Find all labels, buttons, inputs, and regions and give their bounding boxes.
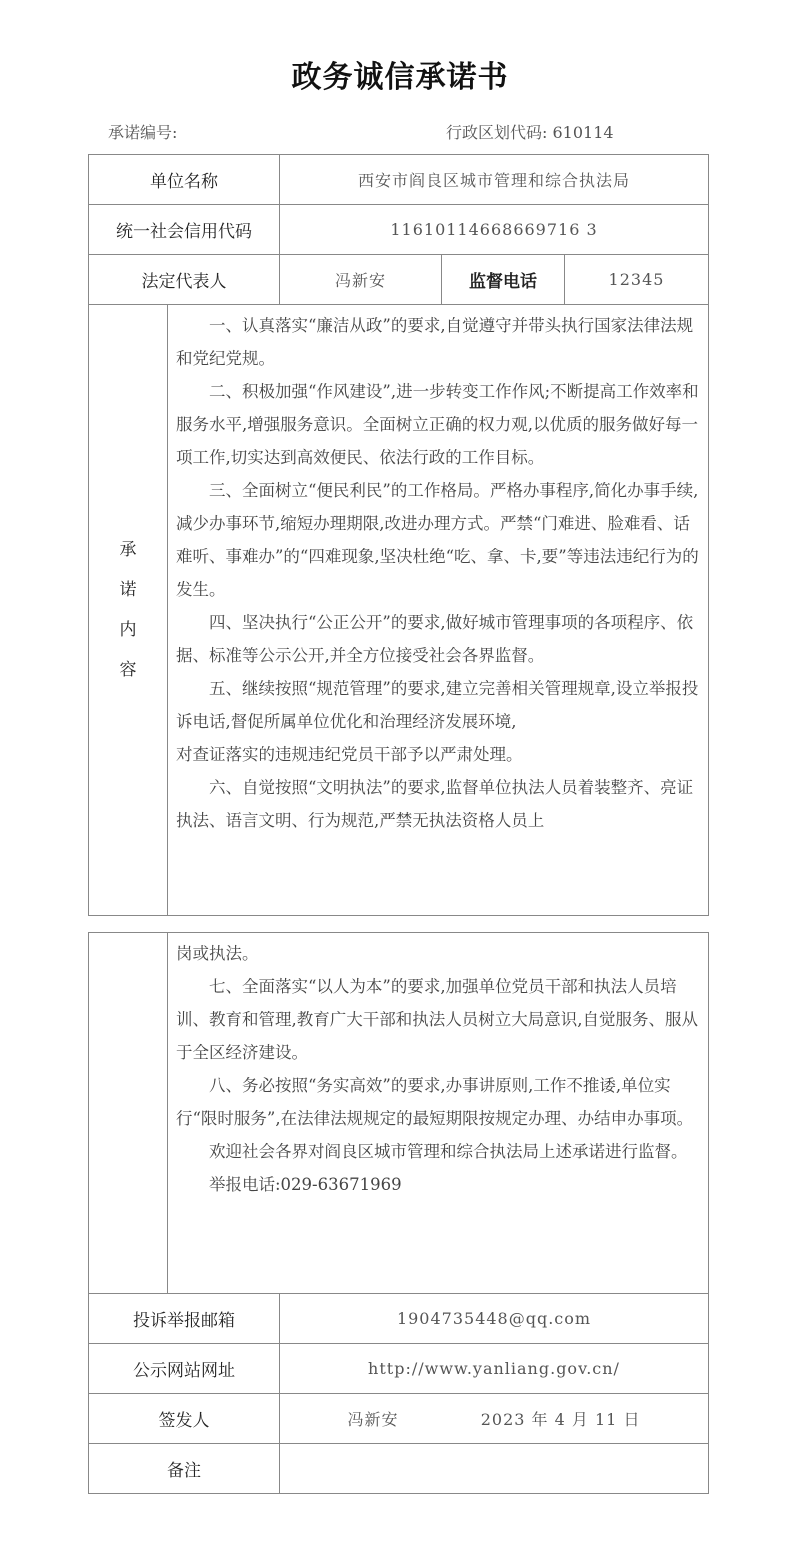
commitment-content-row: 承 诺 内 容 一、认真落实“廉洁从政”的要求,自觉遵守并带头执行国家法律法规和… — [89, 305, 709, 916]
region-code-value: 610114 — [553, 123, 614, 142]
remarks-value — [280, 1444, 709, 1494]
region-code-label: 行政区划代码: — [446, 123, 547, 142]
unit-name-value: 西安市阎良区城市管理和综合执法局 — [280, 155, 709, 205]
website-label: 公示网站网址 — [89, 1344, 280, 1394]
remarks-row: 备注 — [89, 1444, 709, 1494]
signer-row: 签发人 冯新安 2023 年 4 月 11 日 — [89, 1394, 709, 1444]
commitment-item-1: 一、认真落实“廉洁从政”的要求,自觉遵守并带头执行国家法律法规和党纪党规。 — [176, 309, 700, 375]
commitment-table-page2: 岗或执法。 七、全面落实“以人为本”的要求,加强单位党员干部和执法人员培训、教育… — [88, 932, 709, 1494]
commitment-item-8: 八、务必按照“务实高效”的要求,办事讲原则,工作不推诿,单位实行“限时服务”,在… — [176, 1069, 700, 1135]
credit-code-label: 统一社会信用代码 — [89, 205, 280, 255]
legal-rep-label: 法定代表人 — [89, 255, 280, 305]
credit-code-row: 统一社会信用代码 11610114668669716 3 — [89, 205, 709, 255]
email-label: 投诉举报邮箱 — [89, 1294, 280, 1344]
unit-name-row: 单位名称 西安市阎良区城市管理和综合执法局 — [89, 155, 709, 205]
commitment-number-label: 承诺编号: — [108, 120, 177, 143]
unit-name-label: 单位名称 — [89, 155, 280, 205]
remarks-label: 备注 — [89, 1444, 280, 1494]
commitment-item-4: 四、坚决执行“公正公开”的要求,做好城市管理事项的各项程序、依据、标准等公示公开… — [176, 606, 700, 672]
sign-date: 2023 年 4 月 11 日 — [481, 1410, 641, 1429]
signer-value: 冯新安 — [348, 1410, 399, 1429]
email-row: 投诉举报邮箱 1904735448@qq.com — [89, 1294, 709, 1344]
credit-code-value: 11610114668669716 3 — [280, 205, 709, 255]
commitment-item-5: 五、继续按照“规范管理”的要求,建立完善相关管理规章,设立举报投诉电话,督促所属… — [176, 672, 700, 738]
region-code: 行政区划代码: 610114 — [446, 120, 614, 143]
report-phone: 举报电话:029-63671969 — [176, 1168, 700, 1201]
commitment-content-page1: 一、认真落实“廉洁从政”的要求,自觉遵守并带头执行国家法律法规和党纪党规。 二、… — [168, 305, 709, 916]
commitment-item-5-cont: 对查证落实的违规违纪党员干部予以严肃处理。 — [176, 738, 700, 771]
commitment-content-page2: 岗或执法。 七、全面落实“以人为本”的要求,加强单位党员干部和执法人员培训、教育… — [168, 933, 709, 1294]
email-value[interactable]: 1904735448@qq.com — [280, 1294, 709, 1344]
signer-cell: 冯新安 2023 年 4 月 11 日 — [280, 1394, 709, 1444]
commitment-item-7: 七、全面落实“以人为本”的要求,加强单位党员干部和执法人员培训、教育和管理,教育… — [176, 970, 700, 1069]
supervision-phone-value: 12345 — [565, 255, 709, 305]
commitment-item-2: 二、积极加强“作风建设”,进一步转变工作作风;不断提高工作效率和服务水平,增强服… — [176, 375, 700, 474]
commitment-table-page1: 单位名称 西安市阎良区城市管理和综合执法局 统一社会信用代码 116101146… — [88, 154, 709, 916]
commitment-content-row-cont: 岗或执法。 七、全面落实“以人为本”的要求,加强单位党员干部和执法人员培训、教育… — [89, 933, 709, 1294]
legal-rep-value: 冯新安 — [280, 255, 442, 305]
commitment-content-label-empty — [89, 933, 168, 1294]
document-title: 政务诚信承诺书 — [0, 52, 800, 96]
supervision-phone-label: 监督电话 — [442, 255, 565, 305]
website-row: 公示网站网址 http://www.yanliang.gov.cn/ — [89, 1344, 709, 1394]
signer-label: 签发人 — [89, 1394, 280, 1444]
commitment-item-6-cont: 岗或执法。 — [176, 937, 700, 970]
website-value[interactable]: http://www.yanliang.gov.cn/ — [280, 1344, 709, 1394]
welcome-supervision: 欢迎社会各界对阎良区城市管理和综合执法局上述承诺进行监督。 — [176, 1135, 700, 1168]
legal-rep-row: 法定代表人 冯新安 监督电话 12345 — [89, 255, 709, 305]
commitment-content-label: 承 诺 内 容 — [89, 305, 168, 916]
commitment-item-3: 三、全面树立“便民利民”的工作格局。严格办事程序,简化办事手续,减少办事环节,缩… — [176, 474, 700, 606]
commitment-item-6: 六、自觉按照“文明执法”的要求,监督单位执法人员着装整齐、亮证执法、语言文明、行… — [176, 771, 700, 837]
